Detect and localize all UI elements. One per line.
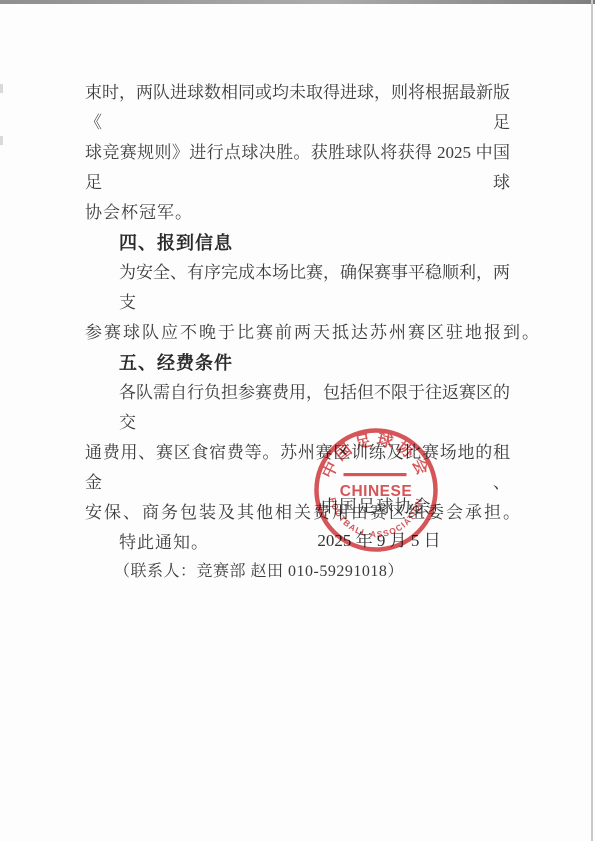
signature-organization: 中国足球协会	[250, 492, 503, 517]
section-heading-5: 五、经费条件	[85, 348, 510, 378]
contact-line: （联系人：竞赛部 赵田 010-59291018）	[114, 558, 404, 581]
scan-artifact-smudge	[0, 84, 3, 93]
scan-artifact-smudge	[0, 136, 3, 145]
body-line: 协会杯冠军。	[85, 198, 510, 228]
body-line: 球竞赛规则》进行点球决胜。获胜球队将获得 2025 中国足球	[85, 138, 510, 198]
body-line: 各队需自行负担参赛费用，包括但不限于往返赛区的交	[85, 378, 510, 438]
body-line: 为安全、有序完成本场比赛，确保赛事平稳顺利，两支	[85, 258, 510, 318]
section-heading-4: 四、报到信息	[85, 228, 510, 258]
body-line: 参赛球队应不晚于比赛前两天抵达苏州赛区驻地报到。	[85, 318, 510, 348]
document-body: 束时，两队进球数相同或均未取得进球，则将根据最新版《足 球竞赛规则》进行点球决胜…	[85, 78, 510, 558]
body-line: 束时，两队进球数相同或均未取得进球，则将根据最新版《足	[85, 78, 510, 138]
scanned-notice-page: 束时，两队进球数相同或均未取得进球，则将根据最新版《足 球竞赛规则》进行点球决胜…	[0, 0, 595, 841]
intro-paragraph: 束时，两队进球数相同或均未取得进球，则将根据最新版《足 球竞赛规则》进行点球决胜…	[85, 78, 510, 228]
scan-artifact-right-edge	[591, 0, 593, 841]
signature-date: 2025 年 9 月 5 日	[250, 526, 508, 551]
scan-artifact-top-edge	[0, 0, 595, 4]
section-4-paragraph: 为安全、有序完成本场比赛，确保赛事平稳顺利，两支 参赛球队应不晚于比赛前两天抵达…	[85, 258, 510, 348]
body-line: 通费用、赛区食宿费等。苏州赛区训练及比赛场地的租金、	[85, 438, 510, 498]
